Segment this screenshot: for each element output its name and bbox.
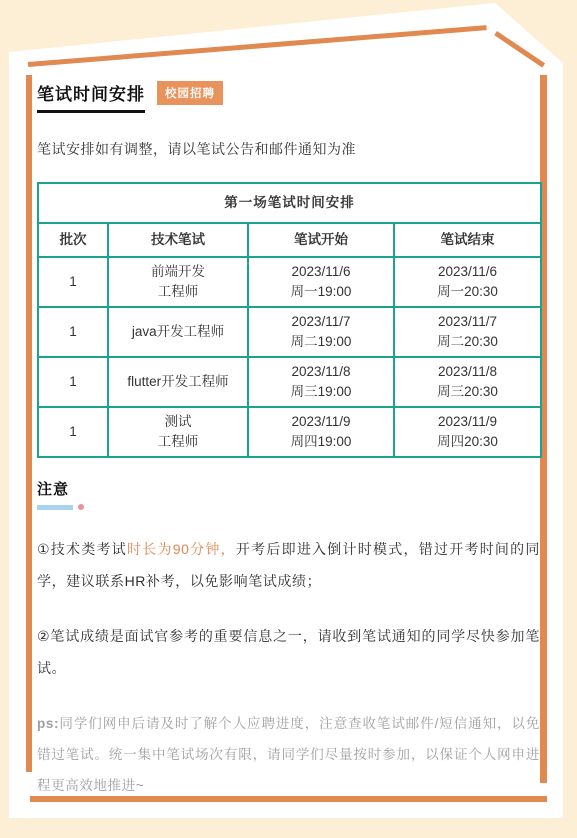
cell-start: 2023/11/8 周三19:00 bbox=[248, 357, 394, 407]
cell-start: 2023/11/9 周四19:00 bbox=[248, 407, 394, 457]
cell-start: 2023/11/7 周二19:00 bbox=[248, 307, 394, 357]
ps-note: ps:同学们网申后请及时了解个人应聘进度，注意查收笔试邮件/短信通知，以免错过笔… bbox=[37, 708, 540, 801]
cell-batch: 1 bbox=[38, 307, 108, 357]
note-1: ①技术类考试时长为90分钟，开考后即进入倒计时模式，错过开考时间的同学，建议联系… bbox=[37, 533, 540, 597]
note-1-prefix: ①技术类考试 bbox=[37, 541, 127, 557]
campus-recruitment-badge: 校园招聘 bbox=[157, 81, 223, 105]
cell-batch: 1 bbox=[38, 407, 108, 457]
cell-start: 2023/11/6 周一19:00 bbox=[248, 257, 394, 307]
col-header-position: 技术笔试 bbox=[108, 223, 248, 257]
table-row: 1 flutter开发工程师 2023/11/8 周三19:00 2023/11… bbox=[38, 357, 541, 407]
col-header-batch: 批次 bbox=[38, 223, 108, 257]
title-row: 笔试时间安排 校园招聘 bbox=[37, 80, 540, 113]
ps-text: 同学们网申后请及时了解个人应聘进度，注意查收笔试邮件/短信通知，以免错过笔试。统… bbox=[37, 716, 540, 793]
col-header-end: 笔试结束 bbox=[394, 223, 541, 257]
notice-underline-bar bbox=[37, 505, 73, 510]
written-test-schedule-table: 第一场笔试时间安排 批次 技术笔试 笔试开始 笔试结束 1 前端开发 工程师 2… bbox=[37, 182, 542, 458]
cell-end: 2023/11/9 周四20:30 bbox=[394, 407, 541, 457]
cell-position: 测试 工程师 bbox=[108, 407, 248, 457]
notice-underline bbox=[37, 504, 540, 510]
table-title: 第一场笔试时间安排 bbox=[38, 183, 541, 223]
col-header-start: 笔试开始 bbox=[248, 223, 394, 257]
table-row: 1 前端开发 工程师 2023/11/6 周一19:00 2023/11/6 周… bbox=[38, 257, 541, 307]
page-title: 笔试时间安排 bbox=[37, 80, 145, 113]
poster-content: 笔试时间安排 校园招聘 笔试安排如有调整，请以笔试公告和邮件通知为准 第一场笔试… bbox=[37, 80, 540, 801]
cell-batch: 1 bbox=[38, 357, 108, 407]
cell-position: java开发工程师 bbox=[108, 307, 248, 357]
table-row: 1 测试 工程师 2023/11/9 周四19:00 2023/11/9 周四2… bbox=[38, 407, 541, 457]
cell-position: flutter开发工程师 bbox=[108, 357, 248, 407]
notice-underline-dot bbox=[78, 504, 84, 510]
note-2: ②笔试成绩是面试官参考的重要信息之一，请收到笔试通知的同学尽快参加笔试。 bbox=[37, 620, 540, 684]
cell-end: 2023/11/6 周一20:30 bbox=[394, 257, 541, 307]
cell-end: 2023/11/8 周三20:30 bbox=[394, 357, 541, 407]
note-1-highlight: 时长为90分钟， bbox=[127, 541, 236, 557]
adjustment-disclaimer: 笔试安排如有调整，请以笔试公告和邮件通知为准 bbox=[37, 139, 540, 159]
notice-heading: 注意 bbox=[37, 478, 540, 499]
table-row: 1 java开发工程师 2023/11/7 周二19:00 2023/11/7 … bbox=[38, 307, 541, 357]
cell-batch: 1 bbox=[38, 257, 108, 307]
cell-position: 前端开发 工程师 bbox=[108, 257, 248, 307]
table-header-row: 批次 技术笔试 笔试开始 笔试结束 bbox=[38, 223, 541, 257]
frame-left-line bbox=[26, 75, 32, 772]
cell-end: 2023/11/7 周二20:30 bbox=[394, 307, 541, 357]
ps-label: ps: bbox=[37, 716, 59, 731]
